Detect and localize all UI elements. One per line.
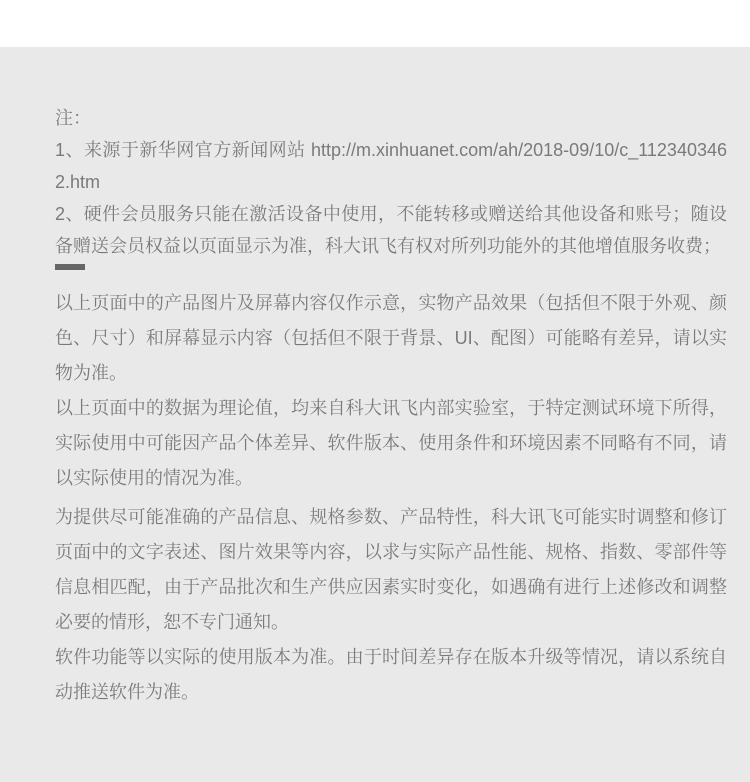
disclaimer-paragraphs: 以上页面中的产品图片及屏幕内容仅作示意，实物产品效果（包括但不限于外观、颜色、尺…	[55, 286, 727, 710]
disclaimer-paragraph-software-version: 软件功能等以实际的使用版本为准。由于时间差异存在版本升级等情况，请以系统自动推送…	[55, 640, 727, 710]
top-white-spacer	[0, 0, 750, 47]
section-divider-dash	[55, 264, 85, 270]
disclaimer-paragraph-spec-adjustments: 为提供尽可能准确的产品信息、规格参数、产品特性，科大讯飞可能实时调整和修订页面中…	[55, 500, 727, 640]
note-item-membership: 2、硬件会员服务只能在激活设备中使用，不能转移或赠送给其他设备和账号；随设备赠送…	[55, 198, 727, 262]
note-heading: 注：	[55, 102, 727, 134]
notes-block: 注： 1、来源于新华网官方新闻网站 http://m.xinhuanet.com…	[55, 102, 727, 262]
disclaimer-section: 注： 1、来源于新华网官方新闻网站 http://m.xinhuanet.com…	[0, 47, 750, 782]
disclaimer-paragraph-product-images: 以上页面中的产品图片及屏幕内容仅作示意，实物产品效果（包括但不限于外观、颜色、尺…	[55, 286, 727, 391]
disclaimer-paragraph-theoretical-data: 以上页面中的数据为理论值，均来自科大讯飞内部实验室，于特定测试环境下所得，实际使…	[55, 391, 727, 496]
page: 注： 1、来源于新华网官方新闻网站 http://m.xinhuanet.com…	[0, 0, 750, 782]
note-item-source-url: 1、来源于新华网官方新闻网站 http://m.xinhuanet.com/ah…	[55, 134, 727, 198]
